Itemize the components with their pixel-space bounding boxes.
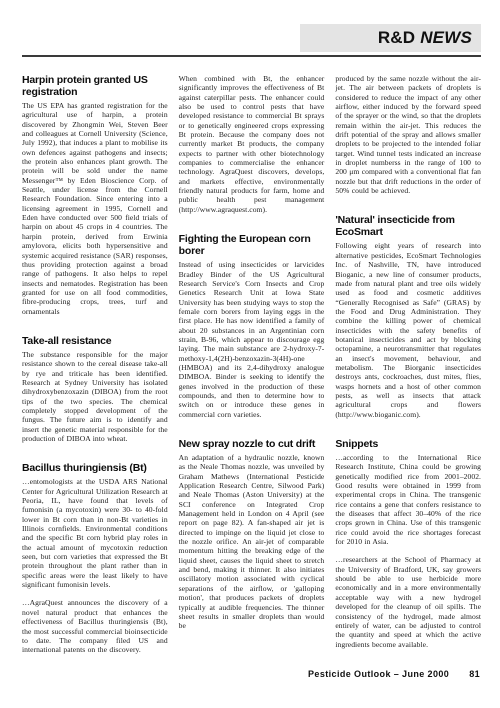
banner-prefix: R&D (378, 28, 420, 47)
article-body-snippets-para2: …researchers at the School of Pharmacy a… (335, 555, 481, 648)
article-title-bt: Bacillus thuringiensis (Bt) (22, 462, 168, 474)
page-footer: Pesticide Outlook – June 200081 (308, 669, 480, 679)
column-2: When combined with Bt, the enhancer sign… (179, 74, 325, 655)
article-title-snippets: Snippets (335, 438, 481, 450)
article-title-corn-borer: Fighting the European corn borer (179, 233, 325, 257)
article-body-snippets-para1: …according to the International Rice Res… (335, 453, 481, 546)
column-1: Harpin protein granted US registration T… (22, 74, 168, 655)
continuation-bt-enhancer: When combined with Bt, the enhancer sign… (179, 74, 325, 214)
rd-news-banner: R&D NEWS (300, 24, 481, 52)
article-body-take-all: The substance responsible for the major … (22, 350, 168, 443)
article-title-harpin: Harpin protein granted US registration (22, 74, 168, 98)
article-body-bt-para1: …entomologists at the USDA ARS National … (22, 477, 168, 589)
banner-news-word: NEWS (420, 28, 472, 47)
article-body-corn-borer: Instead of using insecticides or larvici… (179, 260, 325, 419)
article-body-bt-para2: …AgraQuest announces the discovery of a … (22, 598, 168, 654)
journal-name: Pesticide Outlook – June 2000 (308, 669, 449, 679)
magazine-page: R&D NEWS Harpin protein granted US regis… (0, 0, 500, 708)
article-body-harpin: The US EPA has granted registration for … (22, 101, 168, 316)
page-header: R&D NEWS (0, 0, 500, 57)
article-body-nozzle: An adaptation of a hydraulic nozzle, kno… (179, 453, 325, 631)
article-title-ecosmart: 'Natural' insecticide from EcoSmart (335, 214, 481, 238)
continuation-nozzle: produced by the same nozzle without the … (335, 74, 481, 195)
column-3: produced by the same nozzle without the … (335, 74, 481, 655)
article-body-ecosmart: Following eight years of research into a… (335, 241, 481, 419)
article-title-take-all: Take-all resistance (22, 335, 168, 347)
article-columns: Harpin protein granted US registration T… (0, 57, 500, 655)
banner-title: R&D NEWS (378, 28, 472, 48)
article-title-nozzle: New spray nozzle to cut drift (179, 438, 325, 450)
page-number: 81 (469, 669, 480, 679)
